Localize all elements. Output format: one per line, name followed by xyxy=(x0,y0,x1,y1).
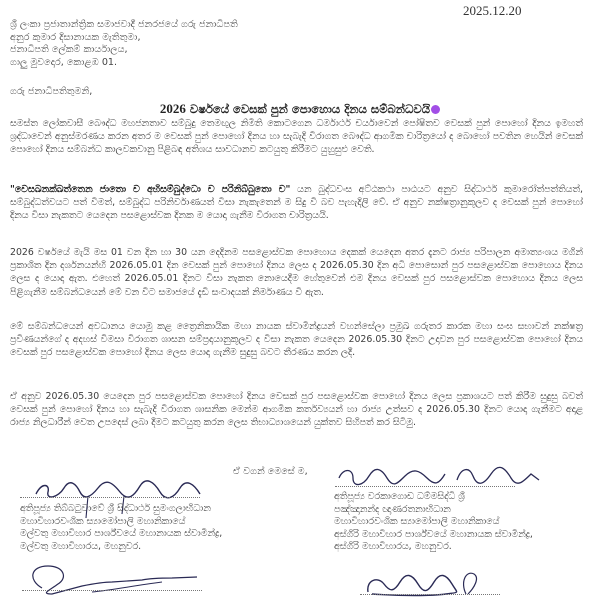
letter-date: 2025.12.20 xyxy=(463,3,522,19)
left-signature-line xyxy=(20,497,200,498)
paragraph-3: 2026 වර්ෂයේ මැයි මස 01 වන දින හා 30 යන ද… xyxy=(10,246,583,299)
left-signer-details: අතිපූජ්‍ය තිබ්බටුවාවේ ශ්‍රී සිද්ධාර්ථ සු… xyxy=(20,503,222,553)
signer-line: මහාවිහාරවංශික ස්‍යාමෝපාලි මහානිකායේ xyxy=(20,516,222,529)
recipient-address: ශ්‍රී ලංකා ප්‍රජාතාන්ත්‍රික සමාජවාදී ජනර… xyxy=(10,19,238,69)
paragraph-5: ඒ අනුව 2026.05.30 යෙදෙන පුර පසළොස්වක පොහ… xyxy=(10,390,583,430)
signer-line: මල්වතු මහාවිහාරය, මහනුවර. xyxy=(20,541,222,554)
paragraph-1: සමස්ත ලෝකවාසී බෞද්ධ මහජනතාව සම්බුදු තෙමඟ… xyxy=(10,117,583,157)
letter-page: 2025.12.20 ශ්‍රී ලංකා ප්‍රජාතාන්ත්‍රික ස… xyxy=(0,0,600,600)
address-line: ජනාධිපති ලේකම් කාර්යාලය, xyxy=(10,44,238,57)
subject-text: වර්ෂයේ වෙසක් පුන් පොහොය දිනය සම්බන්ධවයි xyxy=(186,102,430,116)
purple-dot-icon xyxy=(431,105,440,114)
left-second-signature-scribble xyxy=(22,560,207,600)
address-line: අනුර කුමාර දිසානායක මැතිතුමා, xyxy=(10,32,238,45)
address-line: ගාලු මුවදොර, කොළඹ 01. xyxy=(10,57,238,70)
right-signer-details: අතිපූජ්‍ය වරකාගොඩ ධම්මසිද්ධි ශ්‍රී පඤ්ඤා… xyxy=(334,491,533,554)
right-signature-line xyxy=(335,486,515,487)
closing-line: ඒ වගන් මෙසේ ම, xyxy=(233,466,308,477)
subject-year: 2026 xyxy=(160,101,186,116)
salutation: ගරු ජනාධිපතිතුමනි, xyxy=(10,86,92,97)
left-second-signature-line xyxy=(22,590,202,591)
signer-line: අතිපූජ්‍ය වරකාගොඩ ධම්මසිද්ධි ශ්‍රී xyxy=(334,491,533,504)
right-signature-scribble xyxy=(335,458,545,494)
signer-line: මල්වතු මහාවිහාර පාර්ශ්වයේ මහානායක ස්වාමී… xyxy=(20,528,222,541)
signer-line: අතිපූජ්‍ය තිබ්බටුවාවේ ශ්‍රී සිද්ධාර්ථ සු… xyxy=(20,503,222,516)
signer-line: අස්ගිරි මහාවිහාරය, මහනුවර. xyxy=(334,541,533,554)
signer-line: පඤ්ඤානන්ද ඥාණරතනාභිධාන xyxy=(334,504,533,517)
right-second-signature-line xyxy=(360,594,500,595)
signer-line: මහාවිහාරවංශික ස්‍යාමෝපාලි මහානිකායේ xyxy=(334,516,533,529)
subject-heading: 2026 වර්ෂයේ වෙසක් පුන් පොහොය දිනය සම්බන්… xyxy=(0,101,600,117)
address-line: ශ්‍රී ලංකා ප්‍රජාතාන්ත්‍රික සමාජවාදී ජනර… xyxy=(10,19,238,32)
paragraph-4: මේ සම්බන්ධයෙන් අවධානය යොමු කළ ත්‍රෛනිකාය… xyxy=(10,320,583,360)
paragraph-2: "වෙසඛනක්ඛත්තෙන ජාතො ච අභිසම්බුද්ධො ච පරි… xyxy=(10,183,583,223)
signer-line: අස්ගිරි මහාවිහාර පාර්ශ්වයේ මහානායක ස්වාම… xyxy=(334,529,533,542)
pali-quote: "වෙසඛනක්ඛත්තෙන ජාතො ච අභිසම්බුද්ධො ච පරි… xyxy=(10,184,290,195)
